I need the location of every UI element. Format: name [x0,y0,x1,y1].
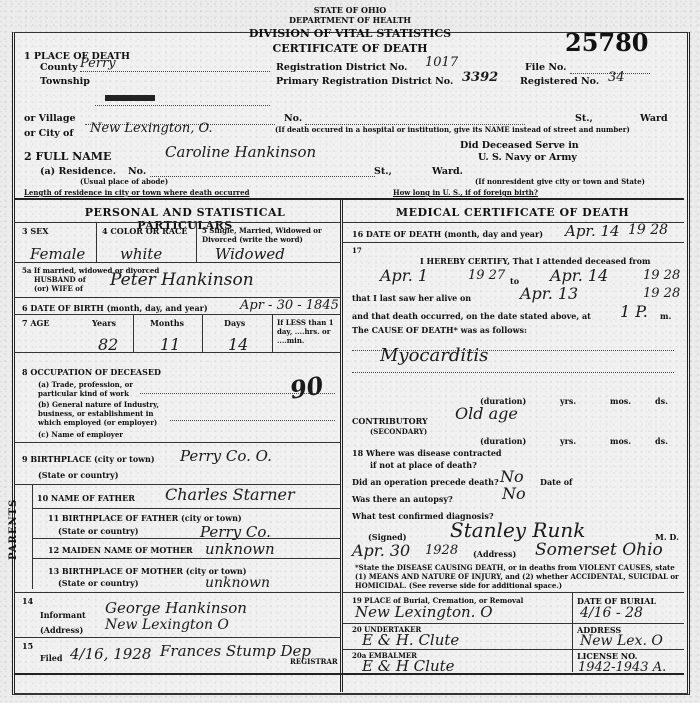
father-label: 10 NAME OF FATHER [37,493,135,503]
divider [14,198,684,200]
secondary-label: (SECONDARY) [370,427,427,436]
ward-label: Ward [640,113,668,124]
signature-year: 1928 [425,543,458,558]
autopsy-value: No [502,484,526,503]
cause-label: The CAUSE OF DEATH* was as follows: [352,325,527,335]
divider [14,262,340,263]
days-label: Days [224,318,245,328]
father-birthplace-label: 11 BIRTHPLACE OF FATHER (city or town) [48,513,242,523]
divider [133,314,134,352]
divider [272,314,273,352]
father-value: Charles Starner [165,485,295,504]
birthplace-value: Perry Co. O. [180,447,272,465]
divider [32,484,33,589]
date-of-death-value: Apr. 14 [565,222,620,240]
divider [32,558,340,559]
no-label: No. [284,113,302,124]
spouse-label-3: (or) WIFE of [34,284,83,293]
primary-reg-label: Primary Registration District No. [276,76,453,87]
occupation-a-label: (a) Trade, profession, or particular kin… [38,380,148,398]
navy-question-1: Did Deceased Serve in [460,140,579,151]
state-heading: STATE OF OHIO [250,5,450,15]
division-heading: DIVISION OF VITAL STATISTICS [200,27,500,40]
informant-value: George Hankinson [105,599,247,617]
township-label: Township [40,76,90,87]
autopsy-label: Was there an autopsy? [352,494,453,504]
full-name-label: 2 FULL NAME [24,150,111,163]
father-birthplace-sub-label: (State or country) [58,526,139,536]
age-label: 7 AGE [22,318,50,328]
divider [352,372,674,373]
primary-reg-value: 3392 [462,70,498,85]
duration-label-2: (duration) [480,436,526,446]
mother-birthplace-value: unknown [205,575,270,591]
duration-ds-2: ds. [655,436,668,446]
duration-mos-1: mos. [610,396,631,406]
burial-place-value: New Lexington. O [355,603,493,621]
certificate-title: CERTIFICATE OF DEATH [200,42,500,55]
dob-label: 6 DATE OF BIRTH (month, day, and year) [22,303,208,313]
residence-label: (a) Residence. [40,166,116,177]
divider [14,673,684,675]
mother-birthplace-sub-label: (State or country) [58,578,139,588]
date-of-death-year: 19 28 [628,222,668,238]
medical-section-title: MEDICAL CERTIFICATE OF DEATH [345,206,680,219]
divider [14,637,340,638]
where-contracted-label-2: if not at place of death? [370,460,477,470]
physician-address-label: (Address) [473,549,516,559]
sex-label: 3 SEX [22,226,48,236]
divider [14,352,340,353]
divider [14,222,340,223]
filed-value: 4/16, 1928 [70,645,151,663]
attended-from-year: 19 27 [468,268,505,283]
operation-date-label: Date of [540,477,572,487]
birthplace-label: 9 BIRTHPLACE (city or town) [22,454,155,464]
duration-yrs-2: yrs. [560,436,576,446]
to-label: to [510,276,519,286]
file-no-label: File No. [525,62,566,73]
informant-label: Informant [40,610,86,620]
hospital-note: (If death occured in a hospital or insti… [275,125,675,134]
parents-side-label: PARENTS [8,499,19,560]
years-label: Years [92,318,116,328]
cause-value: Myocarditis [380,345,488,366]
spouse-value: Peter Hankinson [110,270,254,290]
birthplace-sub-label: (State or country) [38,470,119,480]
county-value: Perry [80,56,270,72]
duration-yrs-1: yrs. [560,396,576,406]
where-contracted-label-1: Where was disease contracted [366,448,502,458]
registrar-label: REGISTRAR [290,657,338,666]
residence-st-label: St., [374,166,392,177]
divider [202,314,203,352]
physician-address-value: Somerset Ohio [535,540,663,560]
contributory-label: CONTRIBUTORY [352,416,428,426]
dob-value: Apr - 30 - 1845 [240,298,339,313]
burial-date-value: 4/16 - 28 [580,605,643,621]
operation-label: Did an operation precede death? [352,477,499,487]
attended-to-year: 19 28 [643,268,680,283]
divider [14,592,340,593]
duration-mos-2: mos. [610,436,631,446]
city-label: or City of [24,128,73,139]
marital-value: Widowed [215,245,285,263]
divider [14,442,340,443]
attended-to-value: Apr. 14 [550,266,608,285]
occupation-c-label: (c) Name of employer [38,430,123,439]
marital-label: 5 Single, Married, Widowed or Divorced (… [202,226,332,244]
registered-no-value: 34 [608,70,625,85]
cause-footnote: *State the DISEASE CAUSING DEATH, or in … [355,563,680,590]
occupation-b-label: (b) General nature of Industry, business… [38,400,178,427]
reg-district-value: 1017 [425,55,458,70]
last-saw-value: Apr. 13 [520,284,578,303]
death-occurred-label: and that death occurred, on the date sta… [352,311,591,321]
spouse-label-2: HUSBAND of [34,275,86,284]
informant-address-value: New Lexington O [105,617,229,633]
date-of-death-label: 16 DATE OF DEATH (month, day and year) [352,229,543,239]
informant-address-label: (Address) [40,625,83,635]
last-saw-label: that I last saw her alive on [352,293,471,303]
physician-signature: Stanley Runk [450,518,585,542]
divider [343,649,684,650]
mother-value: unknown [205,540,275,558]
occupation-label: 8 OCCUPATION OF DECEASED [22,367,161,377]
death-time-suffix: m. [660,311,671,321]
occupation-mark: 90 [288,370,326,404]
certificate-scan: STATE OF OHIO DEPARTMENT OF HEALTH DIVIS… [0,0,700,703]
contributory-value: Old age [455,404,518,423]
navy-question-2: U. S. Navy or Army [478,152,577,163]
registered-no-label: Registered No. [520,76,599,87]
nonresident-note: (If nonresident give city or town and St… [475,177,645,186]
divider [572,592,573,672]
race-label: 4 COLOR OR RACE [102,226,187,236]
race-value: white [120,245,162,263]
filed-number: 15 [22,641,33,651]
length-residence-label: Length of residence in city or town wher… [24,188,249,197]
certificate-number: 25780 [565,28,649,57]
township-value-struck [95,86,270,106]
duration-ds-1: ds. [655,396,668,406]
months-label: Months [150,318,184,328]
divider [343,592,684,593]
certify-text: I HEREBY CERTIFY, That I attended deceas… [420,256,650,266]
divider [196,222,197,262]
city-value: New Lexington, O. [90,121,213,136]
mother-label: 12 MAIDEN NAME OF MOTHER [48,545,193,555]
undertaker-value: E & H. Clute [362,631,459,649]
occupation-b-value [170,420,335,421]
residence-ward-label: Ward. [432,166,463,177]
attended-from-value: Apr. 1 [380,266,428,285]
how-long-us-label: How long in U. S., if of foreign birth? [393,188,538,197]
column-divider [340,200,343,692]
village-label: or Village [24,113,76,124]
divider [343,623,684,624]
less-than-day-label: If LESS than 1 day, ....hrs. or ....min. [277,318,337,345]
divider [343,242,684,243]
signature-date: Apr. 30 [352,541,410,560]
reg-district-label: Registration District No. [276,62,407,73]
informant-number: 14 [22,596,33,606]
residence-value [150,176,375,177]
divider [32,538,340,539]
registrar-signature: Frances Stump Dep [160,642,311,660]
where-contracted-number: 18 [352,448,363,458]
death-time-value: 1 P. [620,302,648,321]
last-saw-year: 19 28 [643,286,680,301]
undertaker-address-value: New Lex. O [580,633,663,649]
divider [14,314,340,315]
divider [96,222,97,262]
sex-value: Female [30,245,85,263]
divider [32,508,340,509]
certify-number: 17 [352,246,362,255]
residence-no-label: No. [128,166,146,177]
department-heading: DEPARTMENT OF HEALTH [250,15,450,25]
county-label: County [40,62,78,73]
full-name-value: Caroline Hankinson [165,143,316,161]
filed-label: Filed [40,653,62,663]
st-label: St., [575,113,593,124]
residence-note: (Usual place of abode) [80,177,168,186]
